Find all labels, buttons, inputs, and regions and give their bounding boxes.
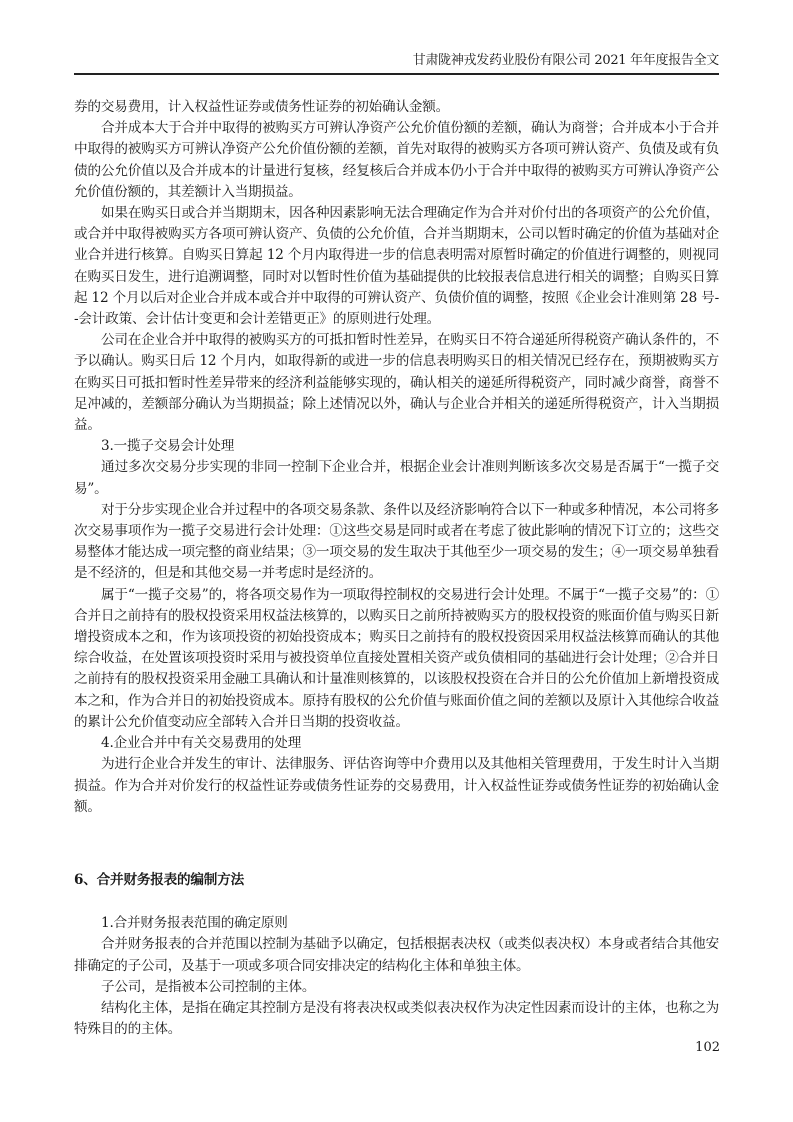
paragraph: 合并财务报表的合并范围以控制为基础予以确定，包括根据表决权（或类似表决权）本身或…	[74, 934, 719, 976]
subheading: 3.一揽子交易会计处理	[74, 436, 719, 457]
section-title: 6、合并财务报表的编制方法	[74, 870, 719, 891]
paragraph: 属于“一揽子交易”的，将各项交易作为一项取得控制权的交易进行会计处理。不属于“一…	[74, 585, 719, 733]
subheading: 1.合并财务报表范围的确定原则	[74, 913, 719, 934]
paragraph: 券的交易费用，计入权益性证券或债务性证券的初始确认金额。	[74, 97, 719, 118]
document-header: 甘肃陇神戎发药业股份有限公司 2021 年年度报告全文	[74, 52, 719, 69]
paragraph: 对于分步实现企业合并过程中的各项交易条款、条件以及经济影响符合以下一种或多种情况…	[74, 500, 719, 585]
paragraph: 公司在企业合并中取得的被购买方的可抵扣暂时性差异，在购买日不符合递延所得税资产确…	[74, 330, 719, 436]
paragraph: 合并成本大于合并中取得的被购买方可辨认净资产公允价值份额的差额，确认为商誉；合并…	[74, 118, 719, 203]
paragraph: 如果在购买日或合并当期期末，因各种因素影响无法合理确定作为合并对价付出的各项资产…	[74, 203, 719, 330]
document-body: 券的交易费用，计入权益性证券或债务性证券的初始确认金额。 合并成本大于合并中取得…	[74, 97, 719, 1040]
paragraph: 通过多次交易分步实现的非同一控制下企业合并，根据企业会计准则判断该多次交易是否属…	[74, 457, 719, 499]
page-number: 102	[690, 1040, 720, 1055]
header-rule	[74, 73, 719, 75]
spacer	[74, 818, 719, 840]
paragraph: 结构化主体，是指在确定其控制方是没有将表决权或类似表决权作为决定性因素而设计的主…	[74, 998, 719, 1040]
subheading: 4.企业合并中有关交易费用的处理	[74, 733, 719, 754]
paragraph: 为进行企业合并发生的审计、法律服务、评估咨询等中介费用以及其他相关管理费用，于发…	[74, 754, 719, 818]
paragraph: 子公司，是指被本公司控制的主体。	[74, 977, 719, 998]
